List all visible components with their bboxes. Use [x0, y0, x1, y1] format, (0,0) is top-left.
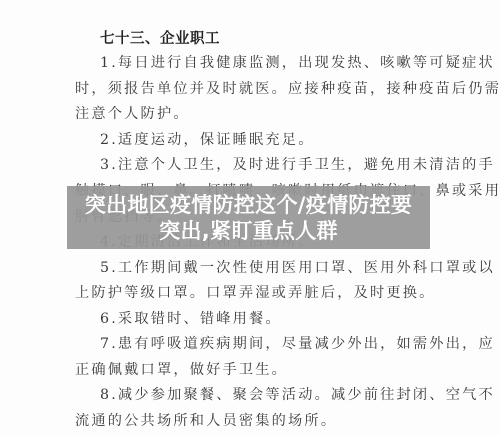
banner-title-line-2: 突出,紧盯重点人群 — [159, 218, 338, 244]
paragraph-line: 3.注意个人卫生，及时进行手卫生，避免用未清洁的手 — [100, 155, 427, 175]
paragraph-line: 8.减少参加聚餐、聚会等活动。减少前往封闭、空气不 — [100, 385, 427, 405]
paragraph-line: 注意个人防护。 — [75, 104, 427, 124]
paragraph-line: 6.采取错时、错峰用餐。 — [100, 309, 427, 329]
paragraph-line: 流通的公共场所和人员密集的场所。 — [75, 411, 427, 431]
banner-title-line-1: 突出地区疫情防控这个/疫情防控要 — [85, 192, 412, 218]
paragraph-line: 时，须报告单位并及时就医。应接种疫苗，接种疫苗后仍需 — [75, 79, 427, 99]
title-overlay-banner: 突出地区疫情防控这个/疫情防控要 突出,紧盯重点人群 — [67, 186, 430, 249]
paragraph-line: 5.工作期间戴一次性使用医用口罩、医用外科口罩或以 — [100, 258, 427, 278]
paragraph-line: 上防护等级口罩。口罩弄湿或弄脏后，及时更换。 — [75, 283, 427, 303]
paragraph-line: 7.患有呼吸道疾病期间，尽量减少外出，如需外出，应 — [100, 334, 427, 354]
section-heading: 七十三、企业职工 — [100, 27, 220, 48]
paragraph-line: 1.每日进行自我健康监测，出现发热、咳嗽等可疑症状 — [100, 53, 427, 73]
paragraph-line: 2.适度运动，保证睡眠充足。 — [100, 130, 427, 150]
paragraph-line: 正确佩戴口罩，做好手卫生。 — [75, 360, 427, 380]
